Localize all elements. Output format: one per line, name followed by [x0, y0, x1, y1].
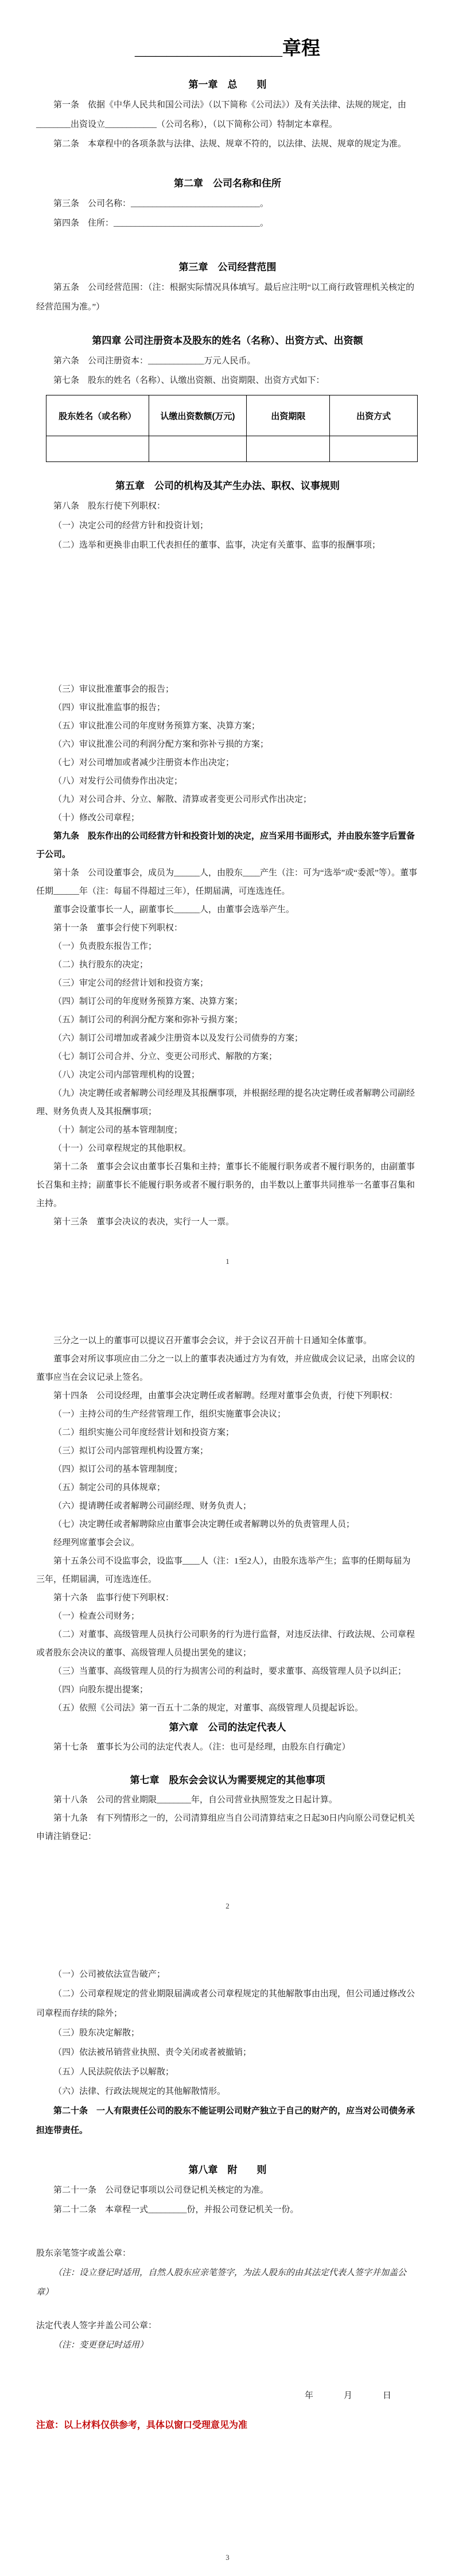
paragraph: 第八条 股东行使下列职权： [36, 496, 419, 516]
paragraph: 第十九条 有下列情形之一的，公司清算组应当自公司清算结束之日起30日内向原公司登… [36, 1809, 419, 1846]
paragraph: （三）审议批准董事会的报告； [36, 680, 419, 699]
paragraph: （四）依法被吊销营业执照、责令关闭或者被撤销； [36, 2043, 419, 2062]
paragraph: （四）制订公司的年度财务预算方案、决算方案； [36, 992, 419, 1011]
page-2: （三）审议批准董事会的报告；（四）审议批准监事的报告；（五）审议批准公司的年度财… [0, 635, 455, 1280]
chapter-heading: 第二章 公司名称和住所 [36, 173, 419, 194]
paragraph: 第十三条 董事会决议的表决，实行一人一票。 [36, 1213, 419, 1231]
paragraph: （六）法律、行政法规规定的其他解散情形。 [36, 2082, 419, 2101]
paragraph: （八）对发行公司债券作出决定； [36, 772, 419, 790]
paragraph: （八）决定公司内部管理机构的设置； [36, 1066, 419, 1084]
paragraph: 第十五条公司不设监事会，设监事____人（注：1至2人），由股东选举产生；监事的… [36, 1552, 419, 1589]
paragraph: （十一）公司章程规定的其他职权。 [36, 1139, 419, 1158]
paragraph: 第五条 公司经营范围：（注：根据实际情况具体填写。最后应注明“以工商行政管理机关… [36, 278, 419, 317]
note-paragraph: （注：变更登记时适用） [36, 2336, 419, 2355]
paragraph: （四）审议批准监事的报告； [36, 699, 419, 717]
paragraph: 经理列席董事会会议。 [36, 1534, 419, 1552]
paragraph: （四）向股东提出提案； [36, 1681, 419, 1699]
paragraph: （五）人民法院依法予以解散； [36, 2062, 419, 2082]
paragraph: （二）公司章程规定的营业期限届满或者公司章程规定的其他解散事由出现，但公司通过修… [36, 1984, 419, 2023]
paragraph: （三）当董事、高级管理人员的行为损害公司的利益时，要求董事、高级管理人员予以纠正… [36, 1662, 419, 1681]
paragraph: 第十条 公司设董事会，成员为______人，由股东____产生（注：可为“选举”… [36, 864, 419, 901]
paragraph: （三）审定公司的经营计划和投资方案； [36, 974, 419, 992]
paragraph: （十）修改公司章程； [36, 809, 419, 827]
chapter-heading: 第三章 公司经营范围 [36, 257, 419, 278]
page-number: 2 [0, 1902, 455, 1911]
note-paragraph: （注：设立登记时适用，自然人股东应亲笔签字，为法人股东的由其法定代表人签字并加盖… [36, 2263, 419, 2302]
paragraph: （一）主持公司的生产经营管理工作，组织实施董事会决议； [36, 1405, 419, 1423]
paragraph: （六）提请聘任或者解聘公司副经理、财务负责人； [36, 1497, 419, 1515]
paragraph: （九）决定聘任或者解聘公司经理及其报酬事项，并根据经理的提名决定聘任或者解聘公司… [36, 1084, 419, 1121]
paragraph: （五）制定公司的具体规章； [36, 1479, 419, 1497]
paragraph: 第三条 公司名称：______________________________。 [36, 194, 419, 214]
signature-label: 法定代表人签字并盖公司公章： [36, 2316, 419, 2336]
paragraph: （一）决定公司的经营方针和投资计划； [36, 516, 419, 536]
table-header-cell: 出资期限 [247, 395, 330, 436]
document: ______________章程第一章 总 则第一条 依据《中华人民共和国公司法… [0, 0, 455, 2576]
paragraph: 第二十二条 本章程一式_________份，并报公司登记机关一份。 [36, 2200, 419, 2220]
paragraph: 第七条 股东的姓名（名称）、认缴出资额、出资期限、出资方式如下： [36, 371, 419, 390]
paragraph: 第十六条 监事行使下列职权： [36, 1589, 419, 1607]
paragraph: （七）决定聘任或者解聘除应由董事会决定聘任或者解聘以外的负责管理人员； [36, 1515, 419, 1534]
page-number: 3 [0, 2553, 455, 2562]
page-4: （一）公司被依法宣告破产；（二）公司章程规定的营业期限届满或者公司章程规定的其他… [0, 1925, 455, 2576]
paragraph: （十）制定公司的基本管理制度； [36, 1121, 419, 1139]
chapter-heading: 第八章 附 则 [36, 2160, 419, 2181]
table-header-row: 股东姓名（或名称）认缴出资数额(万元)出资期限出资方式 [46, 395, 418, 436]
signature-label: 股东亲笔签字或盖公章： [36, 2244, 419, 2263]
document-title: ______________章程 [36, 36, 419, 61]
chapter-heading: 第一章 总 则 [36, 75, 419, 95]
paragraph: （三）股东决定解散； [36, 2023, 419, 2043]
bold-paragraph: 第九条 股东作出的公司经营方针和投资计划的决定，应当采用书面形式，并由股东签字后… [36, 827, 419, 864]
paragraph: 第六条 公司注册资本：_____________万元人民币。 [36, 351, 419, 371]
paragraph: 董事会设董事长一人，副董事长______人，由董事会选举产生。 [36, 901, 419, 919]
paragraph: （三）拟订公司内部管理机构设置方案； [36, 1442, 419, 1460]
paragraph: 第十七条 董事长为公司的法定代表人。（注：也可是经理，由股东自行确定） [36, 1738, 419, 1756]
table-header-cell: 认缴出资数额(万元) [149, 395, 247, 436]
table-header-cell: 股东姓名（或名称） [46, 395, 149, 436]
paragraph: 第二条 本章程中的各项条款与法律、法规、规章不符的，以法律、法规、规章的规定为准… [36, 134, 419, 154]
paragraph: （五）依照《公司法》第一百五十二条的规定，对董事、高级管理人员提起诉讼。 [36, 1699, 419, 1717]
paragraph: （五）审议批准公司的年度财务预算方案、决算方案； [36, 717, 419, 735]
table-header-cell: 出资方式 [330, 395, 418, 436]
paragraph: 第十八条 公司的营业期限________年，自公司营业执照签发之日起计算。 [36, 1791, 419, 1809]
paragraph: 董事会对所议事项应由二分之一以上的董事表决通过方为有效，并应做成会议记录，出席会… [36, 1350, 419, 1387]
title-text: 章程 [282, 37, 320, 59]
page-number: 1 [0, 1257, 455, 1266]
paragraph: 第二十一条 公司登记事项以公司登记机关核定的为准。 [36, 2181, 419, 2200]
paragraph: （一）公司被依法宣告破产； [36, 1965, 419, 1984]
paragraph: （九）对公司合并、分立、解散、清算或者变更公司形式作出决定； [36, 790, 419, 809]
paragraph: （二）对董事、高级管理人员执行公司职务的行为进行监督，对违反法律、行政法规、公司… [36, 1625, 419, 1662]
paragraph: （四）拟订公司的基本管理制度； [36, 1460, 419, 1479]
paragraph: （六）制订公司增加或者减少注册资本以及发行公司债券的方案； [36, 1029, 419, 1048]
paragraph: （二）选举和更换非由职工代表担任的董事、监事，决定有关董事、监事的报酬事项； [36, 536, 419, 555]
date-line: 年 月 日 [36, 2386, 419, 2406]
capital-contribution-table: 股东姓名（或名称）认缴出资数额(万元)出资期限出资方式 [46, 395, 418, 462]
paragraph: （七）制订公司合并、分立、变更公司形式、解散的方案； [36, 1048, 419, 1066]
page-1: ______________章程第一章 总 则第一条 依据《中华人民共和国公司法… [0, 0, 455, 635]
paragraph: 第十二条 董事会会议由董事长召集和主持；董事长不能履行职务或者不履行职务的，由副… [36, 1158, 419, 1213]
page-3: 三分之一以上的董事可以提议召开董事会会议，并于会议召开前十日通知全体董事。董事会… [0, 1280, 455, 1925]
table-empty-cell [330, 436, 418, 462]
paragraph: （二）执行股东的决定； [36, 956, 419, 974]
table-empty-cell [247, 436, 330, 462]
title-blank-line: ______________ [135, 37, 282, 59]
paragraph: 第一条 依据《中华人民共和国公司法》（以下简称《公司法》）及有关法律、法规的规定… [36, 95, 419, 134]
notice-text: 注意：以上材料仅供参考，具体以窗口受理意见为准 [36, 2416, 419, 2435]
paragraph: （六）审议批准公司的利润分配方案和弥补亏损的方案； [36, 735, 419, 754]
table-empty-cell [46, 436, 149, 462]
paragraph: （一）负责股东报告工作； [36, 937, 419, 956]
chapter-heading: 第五章 公司的机构及其产生办法、职权、议事规则 [36, 476, 419, 496]
paragraph: 第四条 住所：_________________________________… [36, 214, 419, 233]
paragraph: 三分之一以上的董事可以提议召开董事会会议，并于会议召开前十日通知全体董事。 [36, 1332, 419, 1350]
bold-paragraph: 第二十条 一人有限责任公司的股东不能证明公司财产独立于自己的财产的，应当对公司债… [36, 2101, 419, 2140]
table-empty-cell [149, 436, 247, 462]
paragraph: （七）对公司增加或者减少注册资本作出决定； [36, 754, 419, 772]
paragraph: 第十四条 公司设经理，由董事会决定聘任或者解聘。经理对董事会负责，行使下列职权： [36, 1387, 419, 1405]
paragraph: （五）制订公司的利润分配方案和弥补亏损方案； [36, 1011, 419, 1029]
chapter-heading: 第七章 股东会会议认为需要规定的其他事项 [36, 1770, 419, 1791]
chapter-heading: 第四章 公司注册资本及股东的姓名（名称）、出资方式、出资额 [36, 331, 419, 351]
paragraph: （一）检查公司财务； [36, 1607, 419, 1625]
paragraph: （二）组织实施公司年度经营计划和投资方案； [36, 1423, 419, 1442]
table-empty-row [46, 436, 418, 462]
chapter-heading: 第六章 公司的法定代表人 [36, 1717, 419, 1738]
paragraph: 第十一条 董事会行使下列职权： [36, 919, 419, 937]
